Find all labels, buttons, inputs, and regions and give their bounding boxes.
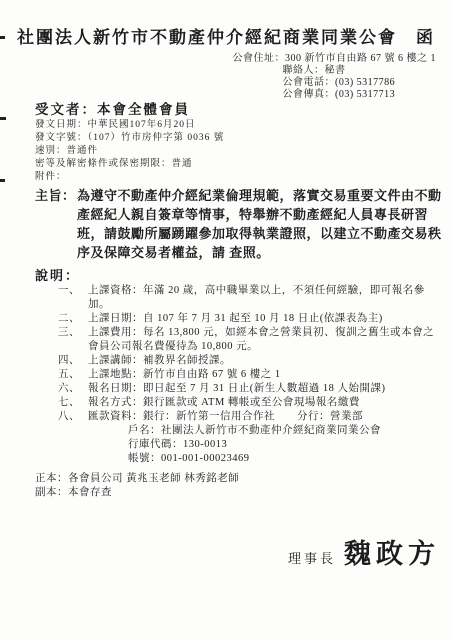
list-item: 四、 上課講師：補教界名師授課。 — [58, 354, 444, 368]
description-item-list: 一、 上課資格：年滿 20 歲，高中職畢業以上，不須任何經驗，即可報名參加。 二… — [58, 284, 444, 466]
distribution-block: 正本：各會員公司 黃兆玉老師 林秀銘老師 副本：本會存查 — [35, 472, 452, 500]
item-number: 四、 — [58, 354, 88, 368]
item-text-block: 匯款資料：銀行：新竹第一信用合作社 分行：營業部 戶名：社團法人新竹市不動產仲介… — [88, 410, 444, 466]
subject-text: 為遵守不動產仲介經紀業倫理規範，落實交易重要文件由不動產經紀人親自簽章等情事，特… — [77, 186, 442, 262]
issue-date-line: 發文日期：中華民國107年6月20日 — [35, 119, 452, 132]
item-text: 匯款資料：銀行：新竹第一信用合作社 分行：營業部 — [88, 410, 444, 424]
scan-artifact — [0, 36, 5, 39]
item-number: 七、 — [58, 396, 88, 410]
item-number: 八、 — [58, 410, 88, 466]
association-fax: 公會傳真：(03) 5317713 — [283, 89, 437, 101]
scan-artifact — [0, 179, 5, 182]
list-item: 八、 匯款資料：銀行：新竹第一信用合作社 分行：營業部 戶名：社團法人新竹市不動… — [58, 410, 444, 466]
item-number: 五、 — [58, 368, 88, 382]
attachment-line: 附件： — [35, 171, 452, 184]
document-meta-block: 發文日期：中華民國107年6月20日 發文字號：（107）竹市房仲字第 0036… — [35, 119, 452, 184]
reference-number-line: 發文字號：（107）竹市房仲字第 0036 號 — [35, 132, 452, 145]
contact-person: 聯絡人：秘書 — [283, 65, 437, 77]
subject-label: 主旨： — [35, 186, 77, 262]
contact-sub-block: 聯絡人：秘書 公會電話：(03) 5317786 公會傳真：(03) 53177… — [283, 65, 437, 101]
description-label: 說明： — [35, 268, 452, 284]
item-text: 上課地點：新竹市自由路 67 號 6 樓之 1 — [88, 368, 444, 382]
item-number: 三、 — [58, 326, 88, 354]
scan-artifact — [0, 117, 6, 120]
document-title: 社團法人新竹市不動產仲介經紀商業同業公會 函 — [12, 26, 440, 50]
item-text: 上課日期：自 107 年 7 月 31 起至 10 月 18 日止(依課表為主) — [88, 312, 444, 326]
item-text: 上課資格：年滿 20 歲，高中職畢業以上，不須任何經驗，即可報名參加。 — [88, 284, 444, 312]
classification-line: 密等及解密條件或保密期限：普通 — [35, 158, 452, 171]
item-text: 上課講師：補教界名師授課。 — [88, 354, 444, 368]
association-phone: 公會電話：(03) 5317786 — [283, 77, 437, 89]
official-letter-page: 社團法人新竹市不動產仲介經紀商業同業公會 函 公會住址：300 新竹市自由路 6… — [0, 0, 452, 640]
item-number: 六、 — [58, 382, 88, 396]
list-item: 五、 上課地點：新竹市自由路 67 號 6 樓之 1 — [58, 368, 444, 382]
list-item: 七、 報名方式：銀行匯款或 ATM 轉帳或至公會現場報名繳費 — [58, 396, 444, 410]
recipient-line: 受文者：本會全體會員 — [35, 101, 452, 119]
association-address: 公會住址：300 新竹市自由路 67 號 6 樓之 1 — [233, 53, 437, 65]
priority-line: 速別：普通件 — [35, 145, 452, 158]
remit-account-number: 帳號：001-001-00023469 — [128, 452, 444, 466]
subject-section: 主旨： 為遵守不動產仲介經紀業倫理規範，落實交易重要文件由不動產經紀人親自簽章等… — [35, 186, 442, 262]
remit-bank-code: 行庫代碼：130-0013 — [128, 438, 444, 452]
item-number: 二、 — [58, 312, 88, 326]
original-copy-line: 正本：各會員公司 黃兆玉老師 林秀銘老師 — [35, 472, 452, 486]
list-item: 一、 上課資格：年滿 20 歲，高中職畢業以上，不須任何經驗，即可報名參加。 — [58, 284, 444, 312]
signature-block: 理事長 魏政方 — [288, 532, 452, 571]
header-contact-block: 公會住址：300 新竹市自由路 67 號 6 樓之 1 聯絡人：秘書 公會電話：… — [233, 53, 437, 101]
item-number: 一、 — [58, 284, 88, 312]
item-text: 報名方式：銀行匯款或 ATM 轉帳或至公會現場報名繳費 — [88, 396, 444, 410]
item-text: 上課費用：每名 13,800 元，如經本會之營業員初、復訓之舊生或本會之會員公司… — [88, 326, 444, 354]
duplicate-copy-line: 副本：本會存查 — [35, 486, 452, 500]
chairman-title: 理事長 — [288, 548, 336, 567]
list-item: 三、 上課費用：每名 13,800 元，如經本會之營業員初、復訓之舊生或本會之會… — [58, 326, 444, 354]
chairman-name: 魏政方 — [344, 532, 440, 571]
list-item: 二、 上課日期：自 107 年 7 月 31 起至 10 月 18 日止(依課表… — [58, 312, 444, 326]
list-item: 六、 報名日期：即日起至 7 月 31 日止(新生人數超過 18 人始開課) — [58, 382, 444, 396]
item-text: 報名日期：即日起至 7 月 31 日止(新生人數超過 18 人始開課) — [88, 382, 444, 396]
remit-account-name: 戶名：社團法人新竹市不動產仲介經紀商業同業公會 — [128, 424, 444, 438]
